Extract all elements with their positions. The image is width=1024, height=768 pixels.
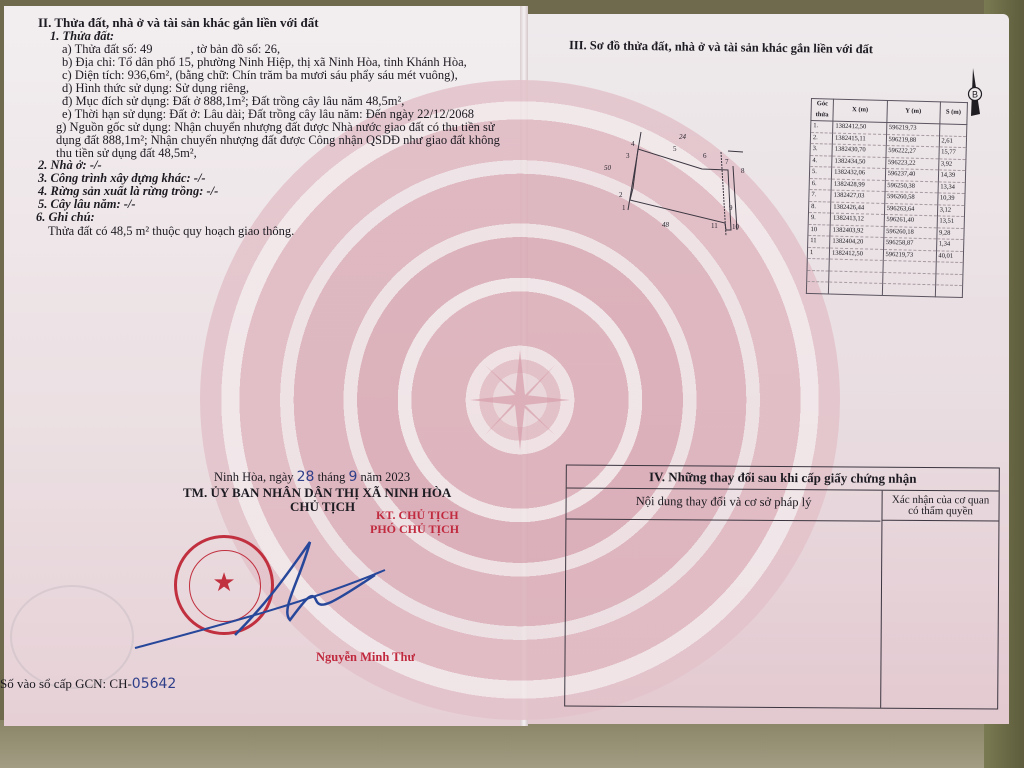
parcel-number-text: a) Thửa đất số: 49 — [62, 42, 153, 56]
corner-cell: 4. — [810, 155, 832, 167]
other-construction-item: 3. Công trình xây dựng khác: -/- — [38, 171, 206, 185]
usage-term: e) Thời hạn sử dụng: Đất ở: Lâu dài; Đất… — [62, 107, 474, 121]
y-cell: 596260,58 — [884, 191, 937, 204]
s-cell: 10,39 — [937, 193, 965, 205]
s-cell: 3,12 — [937, 204, 965, 216]
x-cell — [829, 282, 883, 295]
corner-cell: 3. — [810, 143, 832, 155]
confirmation-header-line-2: có thẩm quyền — [882, 506, 998, 518]
x-cell: 1382428,99 — [831, 179, 885, 192]
x-cell: 1382412,50 — [829, 248, 883, 261]
land-heading: 1. Thửa đất: — [50, 29, 114, 43]
notes-text: Thửa đất có 48,5 m² thuộc quy hoạch giao… — [48, 224, 294, 238]
s-cell — [935, 285, 963, 297]
point-label: 11 — [711, 222, 718, 230]
point-label: 7 — [725, 158, 729, 166]
place-date-label: Ninh Hòa, ngày — [214, 470, 294, 484]
issuing-authority: TM. ỦY BAN NHÂN DÂN THỊ XÃ NINH HÒA — [183, 486, 451, 500]
perennial-item: 5. Cây lâu năm: -/- — [38, 197, 136, 211]
sign-place-date: Ninh Hòa, ngày 28 tháng 9 năm 2023 — [214, 470, 410, 484]
point-label: 4 — [631, 140, 635, 148]
x-cell: 1382403,92 — [830, 225, 884, 238]
s-cell: 3,92 — [938, 158, 966, 170]
y-cell: 596219,73 — [883, 249, 936, 262]
corner-cell: 11 — [808, 235, 830, 247]
x-cell: 1382413,12 — [830, 213, 884, 226]
register-number: Số vào sổ cấp GCN: CH-05642 — [0, 677, 176, 691]
corner-cell: 9. — [808, 212, 830, 224]
y-cell: 596260,18 — [883, 226, 936, 239]
corner-cell — [807, 258, 829, 270]
s-cell — [939, 124, 967, 136]
changes-content-header: Nội dung thay đổi và cơ sở pháp lý — [566, 488, 880, 521]
y-cell: 596250,38 — [885, 180, 938, 193]
notes-heading: 6. Ghi chú: — [36, 210, 95, 224]
corner-cell: 1. — [811, 121, 833, 133]
s-cell — [935, 273, 963, 285]
corner-cell: 10 — [808, 224, 830, 236]
x-cell: 1382412,50 — [833, 121, 887, 134]
s-cell: 40,01 — [936, 250, 964, 262]
north-letter: B — [972, 90, 978, 100]
point-label: 1 — [622, 204, 626, 212]
s-cell: 9,28 — [936, 227, 964, 239]
map-sheet-number: , tờ bản đồ số: 26, — [191, 42, 281, 56]
x-cell: 1382415,11 — [832, 133, 886, 146]
y-cell — [882, 283, 935, 296]
area: c) Diện tích: 936,6m², (bằng chữ: Chín t… — [62, 68, 458, 82]
corner-cell: 7. — [809, 189, 831, 201]
corner-cell — [806, 281, 828, 293]
x-cell: 1382434,50 — [832, 156, 886, 169]
x-cell: 1382426,44 — [831, 202, 885, 215]
s-cell: 2,61 — [939, 135, 967, 147]
col-s: S (m) — [939, 102, 967, 125]
y-cell: 596261,40 — [884, 214, 937, 227]
drum-star-icon — [470, 350, 570, 450]
corner-cell: 8. — [809, 201, 831, 213]
point-label: 3 — [626, 152, 630, 160]
x-cell: 1382432,06 — [832, 167, 886, 180]
point-label: 2 — [619, 191, 623, 199]
y-cell: 596258,87 — [883, 237, 936, 250]
s-cell: 1,34 — [936, 239, 964, 251]
signer-name: Nguyễn Minh Thư — [316, 650, 415, 664]
house-item: 2. Nhà ở: -/- — [38, 158, 102, 172]
x-cell: 1382430,70 — [832, 144, 886, 157]
col-y: Y (m) — [886, 100, 939, 123]
year-label: năm 2023 — [361, 470, 411, 484]
chairman-title: CHỦ TỊCH — [290, 500, 355, 514]
authority-confirmation-header: Xác nhận của cơ quan có thẩm quyền — [882, 491, 998, 522]
usage-purpose: đ) Mục đích sử dụng: Đất ở 888,1m²; Đất … — [62, 94, 404, 108]
section-4-title: IV. Những thay đổi sau khi cấp giấy chứn… — [567, 465, 999, 491]
corner-cell: 1 — [807, 247, 829, 259]
y-cell: 596219,73 — [886, 122, 939, 135]
x-cell: 1382427,03 — [831, 190, 885, 203]
parcel-number: a) Thửa đất số: 49, tờ bản đồ số: 26, — [62, 42, 280, 56]
col-x: X (m) — [833, 99, 887, 122]
month-label: tháng — [318, 470, 346, 484]
on-behalf-label: KT. CHỦ TỊCH — [376, 508, 459, 522]
register-number-handwritten: 05642 — [132, 676, 177, 692]
point-label: 5 — [673, 145, 677, 153]
point-label: 9 — [729, 204, 733, 212]
corner-cell: 6. — [809, 178, 831, 190]
section-2-title: II. Thửa đất, nhà ở và tài sản khác gắn … — [38, 16, 319, 30]
parcel-diagram: 1 2 3 4 5 6 7 8 9 10 11 24 50 48 — [600, 120, 760, 240]
embossed-seal — [10, 585, 134, 689]
usage-origin-line-1: g) Nguồn gốc sử dụng: Nhận chuyển nhượng… — [56, 120, 495, 134]
col-corner: Góc thửa — [811, 99, 834, 122]
s-cell: 14,39 — [938, 170, 966, 182]
usage-origin-line-2: dụng đất 888,1m²; Nhận chuyển nhượng đất… — [56, 133, 500, 147]
changes-after-issuance-table: IV. Những thay đổi sau khi cấp giấy chứn… — [564, 464, 1000, 709]
s-cell — [935, 262, 963, 274]
month-handwritten: 9 — [348, 469, 357, 485]
s-cell: 13,51 — [937, 216, 965, 228]
y-cell: 596263,64 — [884, 203, 937, 216]
x-cell: 1382404,20 — [830, 236, 884, 249]
corner-cell: 5. — [809, 166, 831, 178]
corner-cell — [807, 270, 829, 282]
y-cell: 596237,40 — [885, 168, 938, 181]
s-cell: 15,77 — [938, 147, 966, 159]
usage-form: d) Hình thức sử dụng: Sử dụng riêng, — [62, 81, 249, 95]
register-label: Số vào sổ cấp GCN: CH- — [0, 676, 132, 691]
forest-item: 4. Rừng sản xuất là rừng trồng: -/- — [38, 184, 218, 198]
background-surface — [0, 720, 1024, 768]
column-divider — [880, 491, 883, 708]
point-label: 6 — [703, 152, 707, 160]
day-handwritten: 28 — [297, 469, 315, 485]
s-cell: 13,34 — [938, 181, 966, 193]
point-label: 8 — [741, 167, 745, 175]
neighbor-parcel-label: 50 — [604, 164, 612, 172]
y-cell: 596219,88 — [886, 134, 939, 147]
y-cell: 596222,27 — [886, 145, 939, 158]
boundary-coordinates-table: Góc thửa X (m) Y (m) S (m) 1.1382412,505… — [806, 98, 968, 298]
y-cell: 596223,22 — [885, 157, 938, 170]
neighbor-parcel-label: 48 — [662, 221, 670, 229]
neighbor-parcel-label: 24 — [679, 133, 687, 141]
signature-scribble — [130, 530, 390, 660]
point-label: 10 — [732, 223, 740, 231]
corner-cell: 2. — [810, 132, 832, 144]
address: b) Địa chỉ: Tổ dân phố 15, phường Ninh H… — [62, 55, 467, 69]
